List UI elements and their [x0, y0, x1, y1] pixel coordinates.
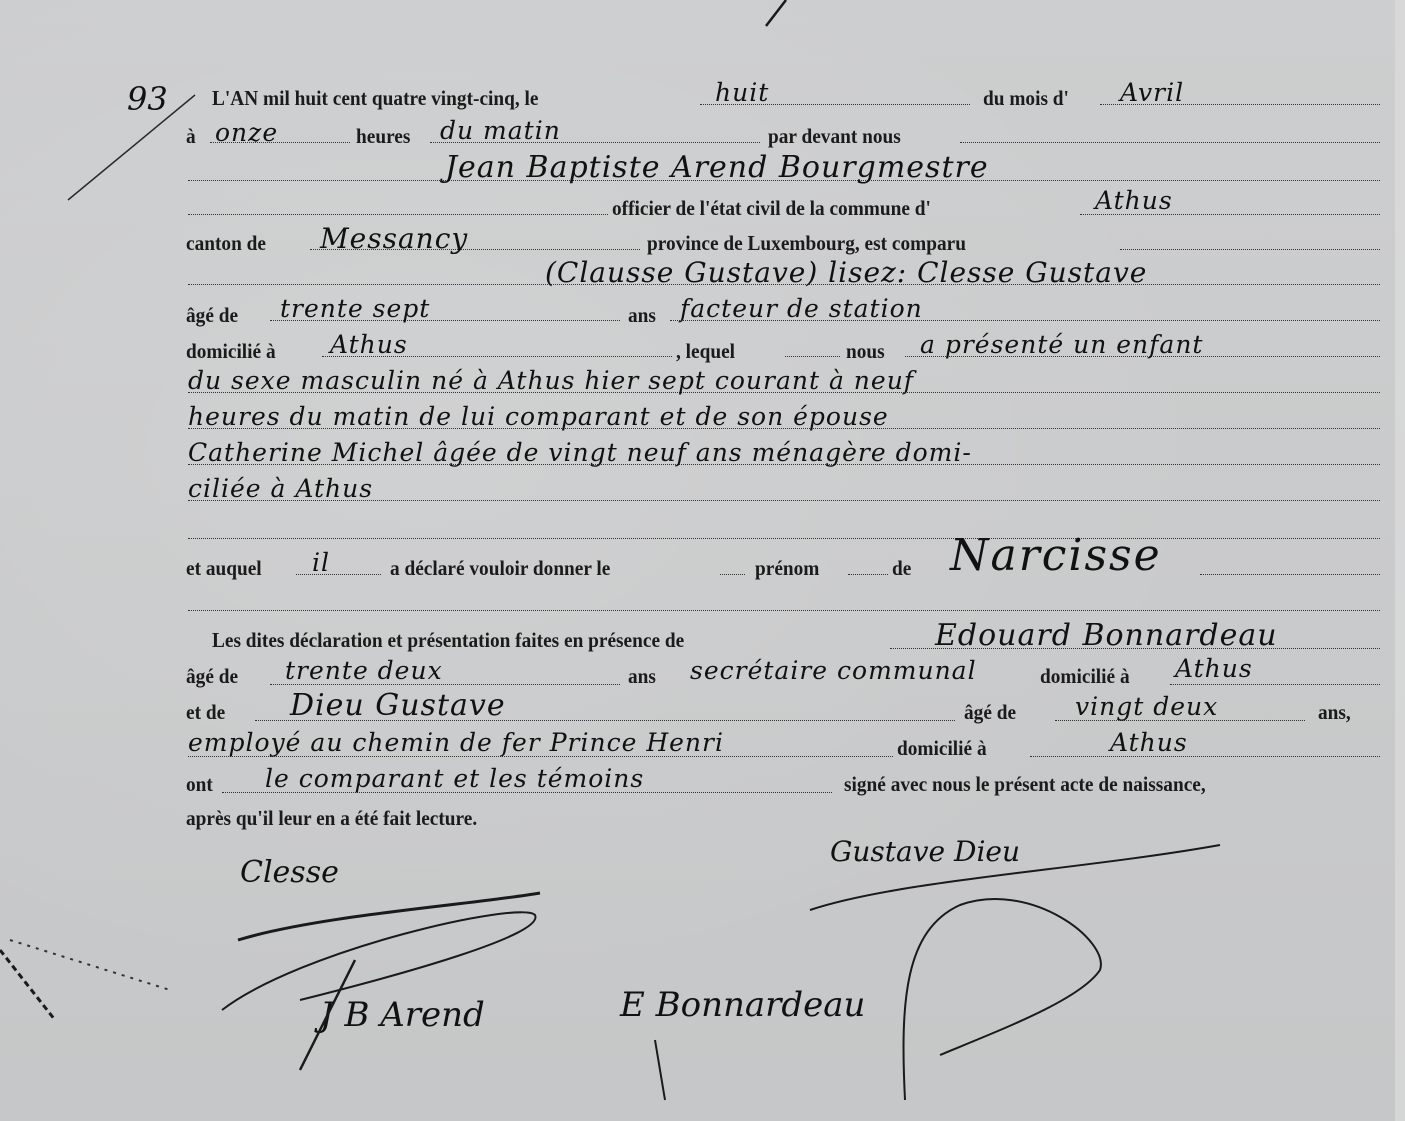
signature-flourishes — [0, 0, 1405, 1121]
document-page: 93 L'AN mil huit cent quatre vingt-cinq,… — [0, 0, 1405, 1121]
